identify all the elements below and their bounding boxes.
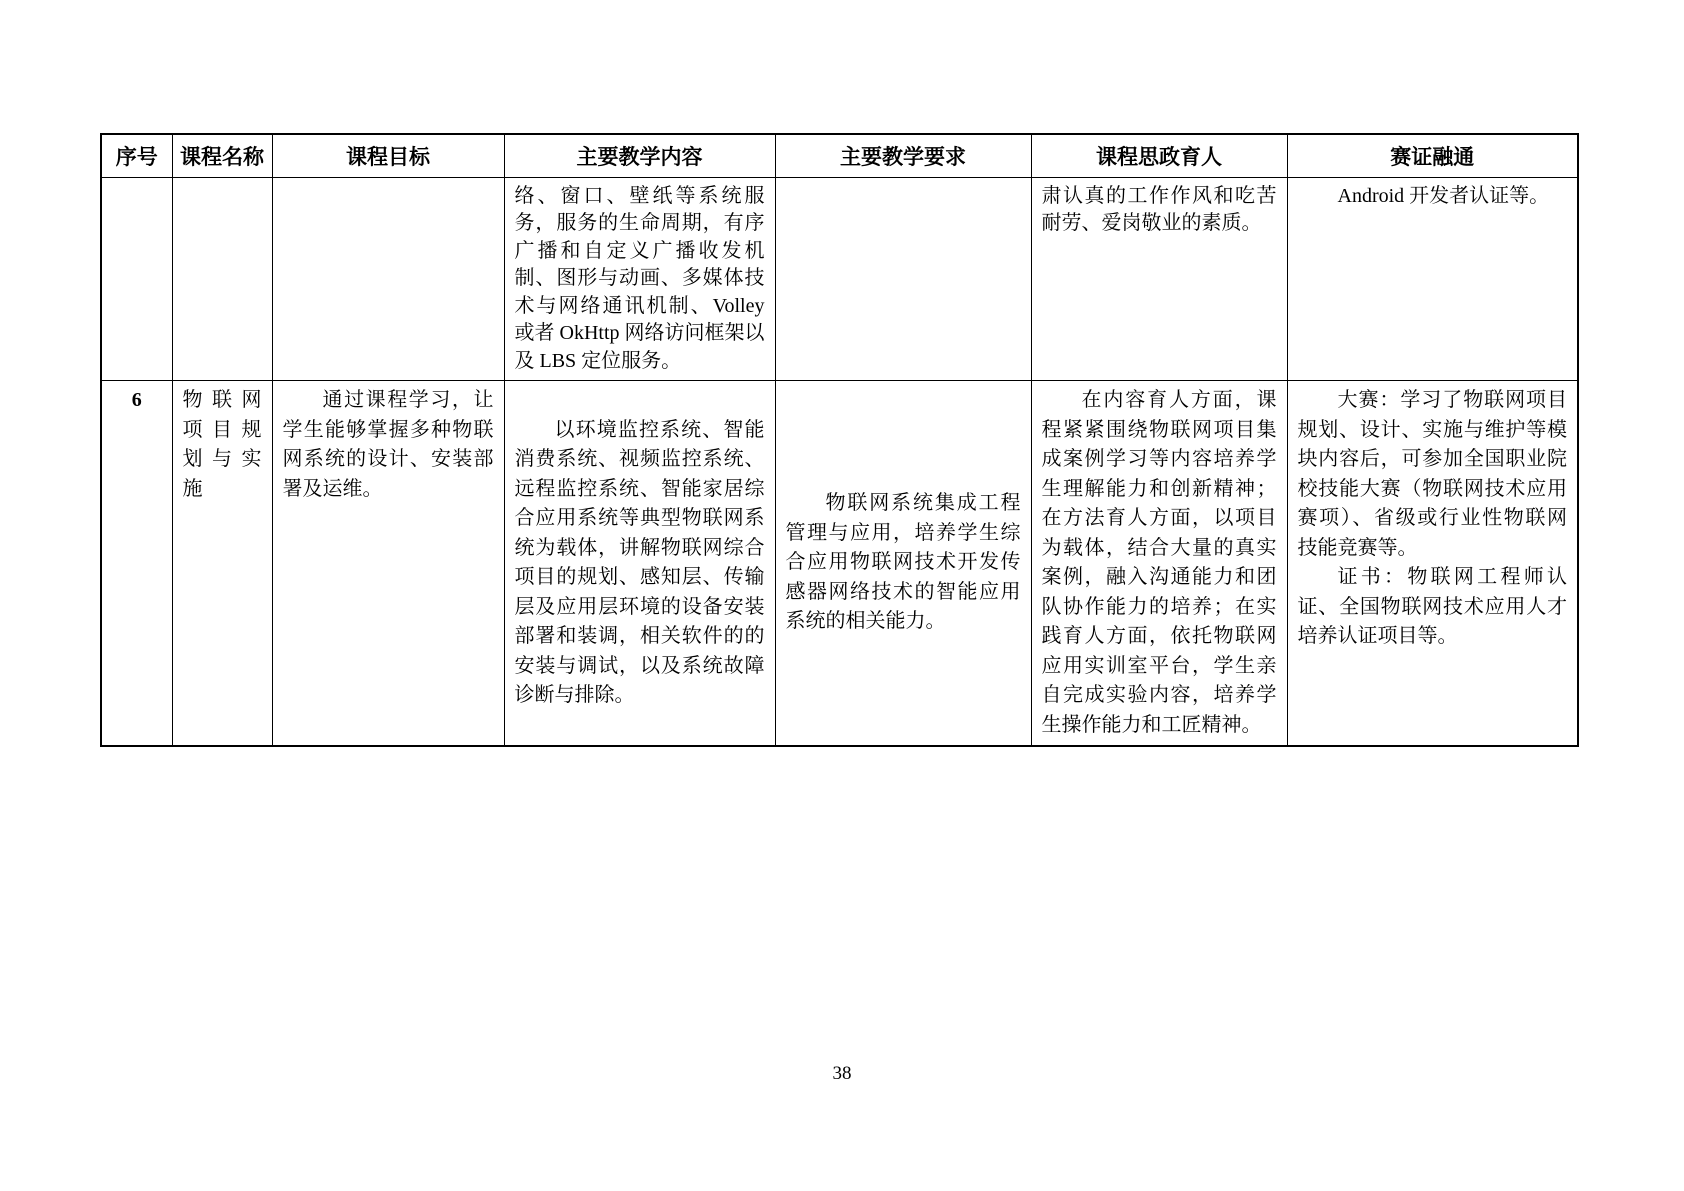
paragraph: 大赛：学习了物联网项目规划、设计、实施与维护等模块内容后，可参加全国职业院校技能… (1298, 386, 1568, 563)
cell-ideology: 肃认真的工作作风和吃苦耐劳、爱岗敬业的素质。 (1031, 177, 1287, 381)
paragraph: 在内容育人方面，课程紧紧围绕物联网项目集成案例学习等内容培养学生理解能力和创新精… (1042, 386, 1277, 740)
paragraph: 通过课程学习，让学生能够掌握多种物联网系统的设计、安装部署及运维。 (283, 386, 494, 504)
header-cell-requirement: 主要教学要求 (775, 134, 1031, 177)
page-number: 38 (0, 1063, 1684, 1085)
header-cell-content: 主要教学内容 (504, 134, 775, 177)
curriculum-table: 序号 课程名称 课程目标 主要教学内容 主要教学要求 课程思政育人 赛证融通 络… (100, 133, 1579, 747)
cell-seq (101, 177, 172, 381)
header-cell-ideology: 课程思政育人 (1031, 134, 1287, 177)
cell-course-name (172, 177, 272, 381)
header-cell-certification: 赛证融通 (1287, 134, 1578, 177)
document-page: 序号 课程名称 课程目标 主要教学内容 主要教学要求 课程思政育人 赛证融通 络… (0, 0, 1684, 1191)
table-row-course-6: 6 物联网项目规划与实施 通过课程学习，让学生能够掌握多种物联网系统的设计、安装… (101, 381, 1578, 747)
table-row-continuation: 络、窗口、壁纸等系统服务，服务的生命周期，有序广播和自定义广播收发机制、图形与动… (101, 177, 1578, 381)
cell-course-name: 物联网项目规划与实施 (172, 381, 272, 747)
paragraph: 肃认真的工作作风和吃苦耐劳、爱岗敬业的素质。 (1042, 183, 1277, 238)
paragraph: 物联网系统集成工程管理与应用，培养学生综合应用物联网技术开发传感器网络技术的智能… (786, 489, 1021, 637)
cell-requirement: 物联网系统集成工程管理与应用，培养学生综合应用物联网技术开发传感器网络技术的智能… (775, 381, 1031, 747)
cell-seq: 6 (101, 381, 172, 747)
cell-objective: 通过课程学习，让学生能够掌握多种物联网系统的设计、安装部署及运维。 (272, 381, 504, 747)
cell-content: 以环境监控系统、智能消费系统、视频监控系统、远程监控系统、智能家居综合应用系统等… (504, 381, 775, 747)
paragraph: Android 开发者认证等。 (1298, 183, 1568, 211)
header-cell-objective: 课程目标 (272, 134, 504, 177)
header-cell-course-name: 课程名称 (172, 134, 272, 177)
header-cell-seq: 序号 (101, 134, 172, 177)
cell-ideology: 在内容育人方面，课程紧紧围绕物联网项目集成案例学习等内容培养学生理解能力和创新精… (1031, 381, 1287, 747)
cell-content: 络、窗口、壁纸等系统服务，服务的生命周期，有序广播和自定义广播收发机制、图形与动… (504, 177, 775, 381)
cell-objective (272, 177, 504, 381)
cell-certification: Android 开发者认证等。 (1287, 177, 1578, 381)
paragraph: 络、窗口、壁纸等系统服务，服务的生命周期，有序广播和自定义广播收发机制、图形与动… (515, 183, 765, 376)
table-header-row: 序号 课程名称 课程目标 主要教学内容 主要教学要求 课程思政育人 赛证融通 (101, 134, 1578, 177)
paragraph: 证书：物联网工程师认证、全国物联网技术应用人才培养认证项目等。 (1298, 563, 1568, 652)
paragraph: 物联网项目规划与实施 (183, 386, 262, 504)
paragraph: 以环境监控系统、智能消费系统、视频监控系统、远程监控系统、智能家居综合应用系统等… (515, 416, 765, 711)
cell-certification: 大赛：学习了物联网项目规划、设计、实施与维护等模块内容后，可参加全国职业院校技能… (1287, 381, 1578, 747)
cell-requirement (775, 177, 1031, 381)
